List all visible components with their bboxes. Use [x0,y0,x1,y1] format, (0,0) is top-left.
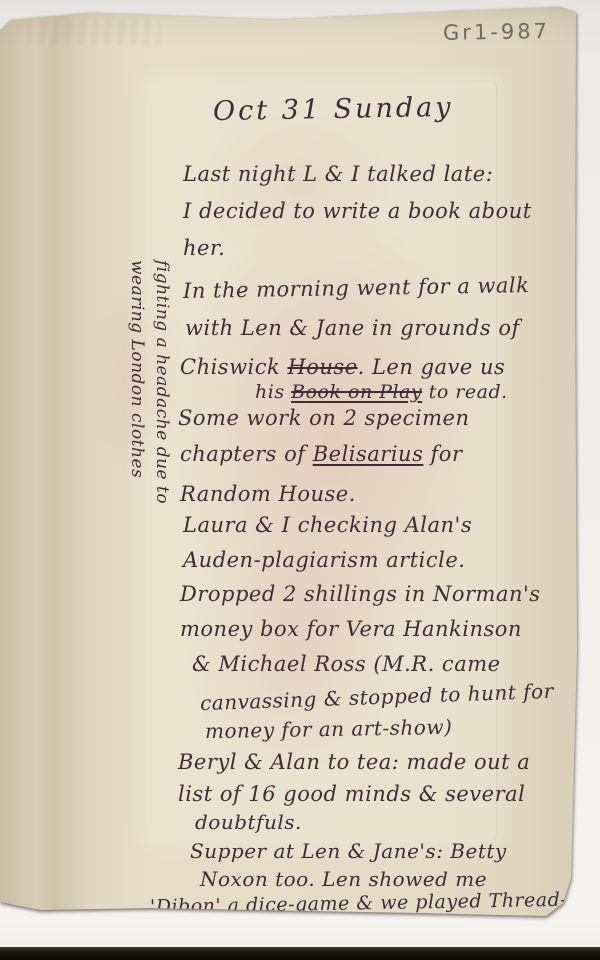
entry-line: chapters of Belisarius for [180,443,463,465]
entry-segment: doubtfuls. [195,810,302,834]
entry-line: money box for Vera Hankinson [180,618,522,640]
entry-line: money for an art-show) [205,717,453,742]
erased-pencil-marks [28,20,160,46]
entry-line: with Len & Jane in grounds of [185,317,520,339]
entry-segment: for [423,442,462,466]
diary-page: Gr1-987 Oct 31 Sunday fighting a headach… [0,0,600,960]
entry-segment: money box for Vera Hankinson [180,617,522,641]
entry-line: Chiswick House. Len gave us [180,356,505,378]
entry-line: In the morning went for a walk [183,274,530,302]
entry-segment: I decided to write a book about [183,199,532,223]
entry-segment: Beryl & Alan to tea: made out a [178,750,530,774]
entry-line: Noxon too. Len showed me [200,869,487,890]
entry-segment: her. [183,236,225,260]
entry-line: Beryl & Alan to tea: made out a [178,751,530,773]
entry-line: & Michael Ross (M.R. came [192,653,501,675]
entry-line: his Book on Play to read. [255,383,508,403]
entry-segment: Random House. [180,482,356,506]
entry-line: Some work on 2 specimen [178,407,469,429]
entry-segment: Supper at Len & Jane's: Betty [190,839,507,863]
entry-segment: Chiswick [180,355,287,379]
entry-segment: chapters of [180,442,313,466]
entry-segment: to read. [422,381,508,403]
entry-line: her. [183,237,225,259]
entry-segment-s: House [287,355,357,379]
entry-line: I decided to write a book about [183,200,532,222]
margin-note-line: fighting a headache due to [149,260,174,536]
entry-line: Laura & I checking Alan's [183,514,472,536]
diary-page-wrap: Gr1-987 Oct 31 Sunday fighting a headach… [0,0,600,960]
archive-code: Gr1-987 [443,19,550,45]
entry-segment: Noxon too. Len showed me [200,867,487,891]
entry-segment: . Len gave us [358,355,506,379]
entry-segment: 'Dibon' a dice-game & we played Thread-p… [150,888,600,918]
entry-segment: money for an art-show) [205,715,453,743]
entry-segment: & Michael Ross (M.R. came [192,652,501,676]
entry-line: doubtfuls. [195,812,302,833]
entry-line: Last night L & I talked late: [183,163,493,185]
entry-line: Auden-plagiarism article. [183,549,465,571]
entry-line: Supper at Len & Jane's: Betty [190,841,507,862]
entry-segment: Auden-plagiarism article. [183,548,465,572]
entry-segment-su: Book on Play [291,381,422,403]
scanner-edge-strip [0,947,600,960]
entry-line: Dropped 2 shillings in Norman's [180,583,541,605]
entry-segment: list of 16 good minds & several [178,782,525,806]
entry-segment: his [255,381,291,403]
entry-segment: Some work on 2 specimen [178,406,469,430]
entry-segment: Laura & I checking Alan's [183,513,472,537]
entry-segment-u: Belisarius [313,442,424,466]
entry-line: Random House. [180,483,356,505]
margin-note-line: wearing London clothes [124,260,149,536]
margin-note: fighting a headache due towearing London… [124,260,174,536]
entry-segment: Dropped 2 shillings in Norman's [180,582,541,606]
entry-line: list of 16 good minds & several [178,783,525,805]
entry-line: 'Dibon' a dice-game & we played Thread-p… [150,890,600,918]
entry-segment: with Len & Jane in grounds of [185,316,520,340]
entry-segment: Last night L & I talked late: [183,162,493,186]
entry-date-heading: Oct 31 Sunday [213,94,454,127]
